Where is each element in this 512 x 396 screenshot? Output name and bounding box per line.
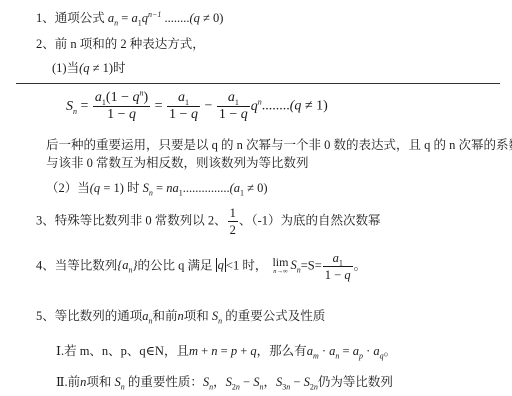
case-1-label: (1)当(q ≠ 1)时: [52, 58, 126, 76]
fraction-half: 12: [228, 205, 238, 238]
item-3-special-sequences: 3、特殊等比数列非 0 常数列以 2、12、（-1）为底的自然次数幂: [36, 205, 381, 238]
fraction-limit: a11 − q: [323, 250, 353, 283]
item-2-sum-forms: 2、前 n 项和的 2 种表达方式，: [36, 34, 205, 52]
fraction-2: a11 − q: [167, 90, 200, 123]
case-1-suffix: 时: [113, 61, 126, 75]
divider-line: [16, 83, 500, 84]
item-5-properties-heading: 5、等比数列的通项an和前n项和 Sn 的重要公式及性质: [36, 306, 325, 324]
item-1-label: 1、通项公式: [36, 11, 105, 25]
item-4-infinite-sum: 4、当等比数列{an}的公比 q 满足 q<1 时， limn→∞Sn=S=a1…: [36, 250, 366, 283]
item-1-condition: (q ≠ 0): [189, 11, 223, 25]
item-1-general-term: 1、通项公式 an = a1qn−1 ........(q ≠ 0): [36, 8, 223, 26]
paragraph-line-2: 与该非 0 常数互为相反数，则该数列为等比数列: [46, 153, 309, 171]
sum-formula-q-not-1: Sn = a1(1 − qn)1 − q = a11 − q − a11 − q…: [66, 90, 328, 123]
paragraph-line-1: 后一种的重要运用，只要是以 q 的 n 次幂与一个非 0 数的表达式，且 q 的…: [46, 135, 512, 153]
case-1-prefix: (1)当: [52, 61, 79, 75]
general-term-formula: an = a1qn−1: [108, 11, 161, 25]
property-1: Ⅰ.若 m、n、p、q∈N，且m + n = p + q，那么有am · an …: [56, 341, 396, 359]
item-1-dots: ........: [164, 11, 189, 25]
fraction-1: a1(1 − qn)1 − q: [93, 90, 150, 123]
fraction-3: a11 − q: [217, 90, 250, 123]
case-2-q-equals-1: （2）当(q = 1) 时 Sn = na1...............(a1…: [46, 178, 268, 196]
case-1-condition: (q ≠ 1): [79, 61, 113, 75]
limit-operator: limn→∞: [272, 257, 288, 277]
property-2: Ⅱ.前n项和 Sn 的重要性质：Sn，S2n − Sn，S3n − S2n仍为等…: [56, 372, 393, 390]
